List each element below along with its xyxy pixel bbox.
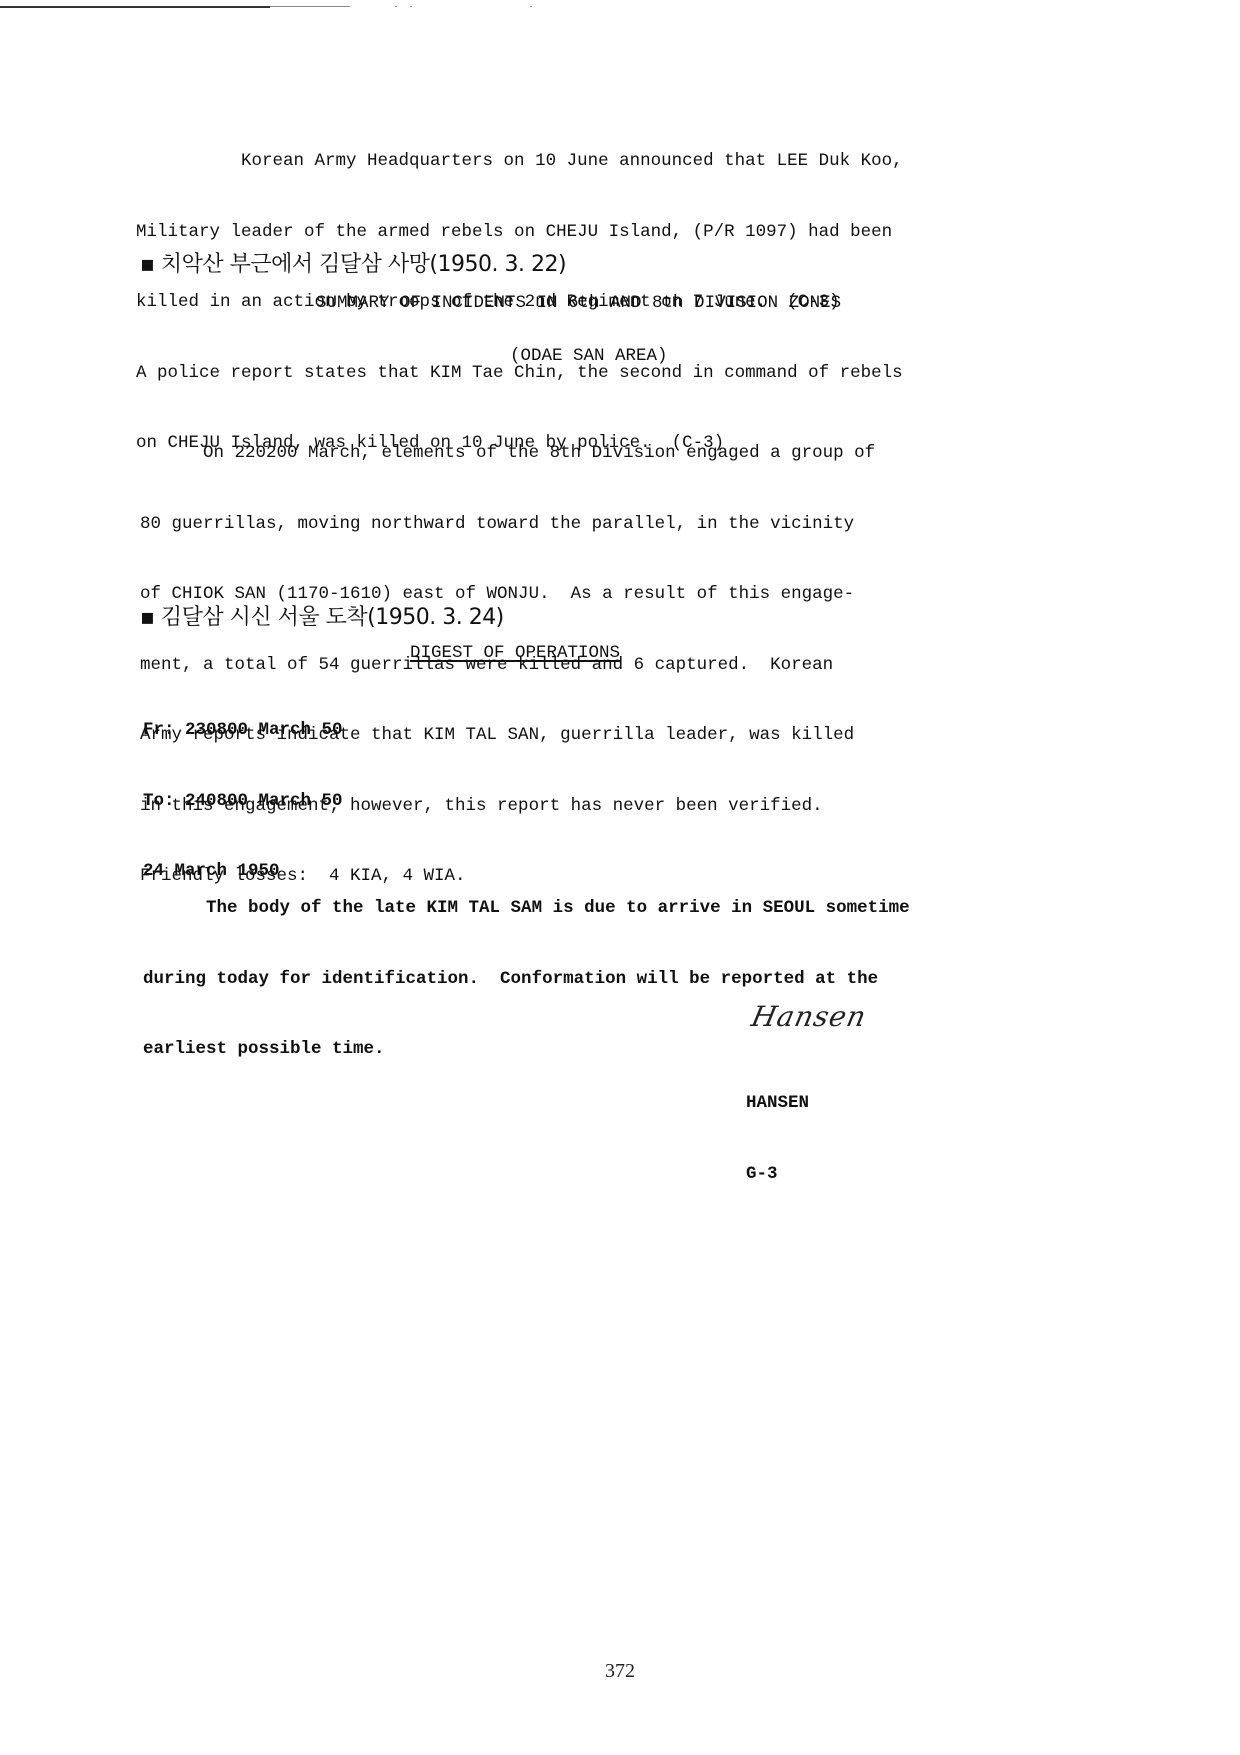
signature-block: HANSEN G-3	[746, 1045, 809, 1233]
page-number: 372	[0, 1660, 1240, 1683]
section-title: SUMMARY OF INCIDENTS IN 6th AND 8th DIVI…	[316, 292, 841, 316]
signature-name: HANSEN	[746, 1092, 809, 1116]
korean-caption: ▪ 김달삼 시신 서울 도착(1950. 3. 24)	[140, 600, 504, 631]
text-line: The body of the late KIM TAL SAM is due …	[143, 897, 910, 921]
digest-from: Fr: 230800 March 50	[143, 719, 343, 743]
section-subtitle: (ODAE SAN AREA)	[510, 345, 668, 369]
text-line: Military leader of the armed rebels on C…	[136, 221, 903, 245]
text-line: On 220200 March, elements of the 8th Div…	[140, 442, 875, 466]
signature-title: G-3	[746, 1163, 809, 1187]
scan-edge-line	[270, 6, 350, 7]
scan-speck	[410, 6, 412, 7]
text-line: during today for identification. Conform…	[143, 968, 910, 992]
handwritten-signature: Hansen	[748, 1000, 869, 1033]
scan-edge-line	[0, 6, 270, 8]
text-line: Korean Army Headquarters on 10 June anno…	[136, 150, 903, 174]
document-page: Korean Army Headquarters on 10 June anno…	[0, 0, 1240, 1755]
scan-speck	[530, 6, 532, 7]
digest-to: To: 240800 March 50	[143, 790, 343, 814]
text-line: 80 guerrillas, moving northward toward t…	[140, 513, 875, 537]
digest-title: DIGEST OF OPERATIONS	[410, 642, 620, 666]
korean-caption: ▪ 치악산 부근에서 김달삼 사망(1950. 3. 22)	[140, 247, 566, 278]
scan-speck	[395, 6, 397, 7]
